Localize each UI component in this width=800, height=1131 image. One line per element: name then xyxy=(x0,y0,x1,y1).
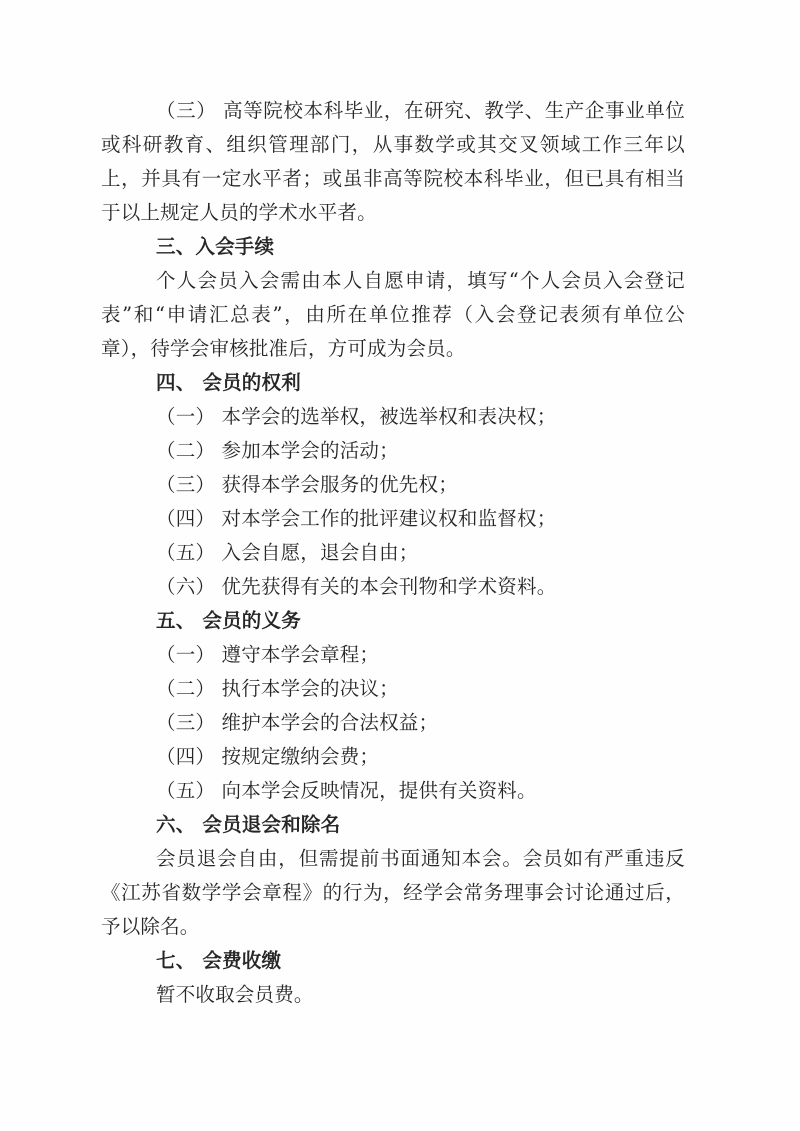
list-item: （二） 执行本学会的决议； xyxy=(101,672,685,706)
list-item: （四） 对本学会工作的批评建议权和监督权； xyxy=(101,502,685,536)
section-heading: 五、 会员的义务 xyxy=(101,604,685,638)
list-item: （一） 本学会的选举权，被选举权和表决权； xyxy=(101,400,685,434)
paragraph: 暂不收取会员费。 xyxy=(101,978,685,1012)
section-heading: 七、 会费收缴 xyxy=(101,944,685,978)
paragraph: 个人会员入会需由本人自愿申请，填写“个人会员入会登记表”和“申请汇总表”，由所在… xyxy=(101,264,685,366)
list-item: （六） 优先获得有关的本会刊物和学术资料。 xyxy=(101,570,685,604)
list-item: （五） 入会自愿，退会自由； xyxy=(101,536,685,570)
paragraph: （三） 高等院校本科毕业，在研究、教学、生产企事业单位或科研教育、组织管理部门，… xyxy=(101,94,685,230)
list-item: （一） 遵守本学会章程； xyxy=(101,638,685,672)
section-heading: 三、入会手续 xyxy=(101,230,685,264)
paragraph: 会员退会自由，但需提前书面通知本会。会员如有严重违反《江苏省数学学会章程》的行为… xyxy=(101,842,685,944)
document-page: （三） 高等院校本科毕业，在研究、教学、生产企事业单位或科研教育、组织管理部门，… xyxy=(0,0,800,1131)
list-item: （五） 向本学会反映情况，提供有关资料。 xyxy=(101,774,685,808)
list-item: （二） 参加本学会的活动； xyxy=(101,434,685,468)
list-item: （四） 按规定缴纳会费； xyxy=(101,740,685,774)
section-heading: 六、 会员退会和除名 xyxy=(101,808,685,842)
list-item: （三） 维护本学会的合法权益； xyxy=(101,706,685,740)
list-item: （三） 获得本学会服务的优先权； xyxy=(101,468,685,502)
section-heading: 四、 会员的权利 xyxy=(101,366,685,400)
document-content: （三） 高等院校本科毕业，在研究、教学、生产企事业单位或科研教育、组织管理部门，… xyxy=(101,94,685,1012)
